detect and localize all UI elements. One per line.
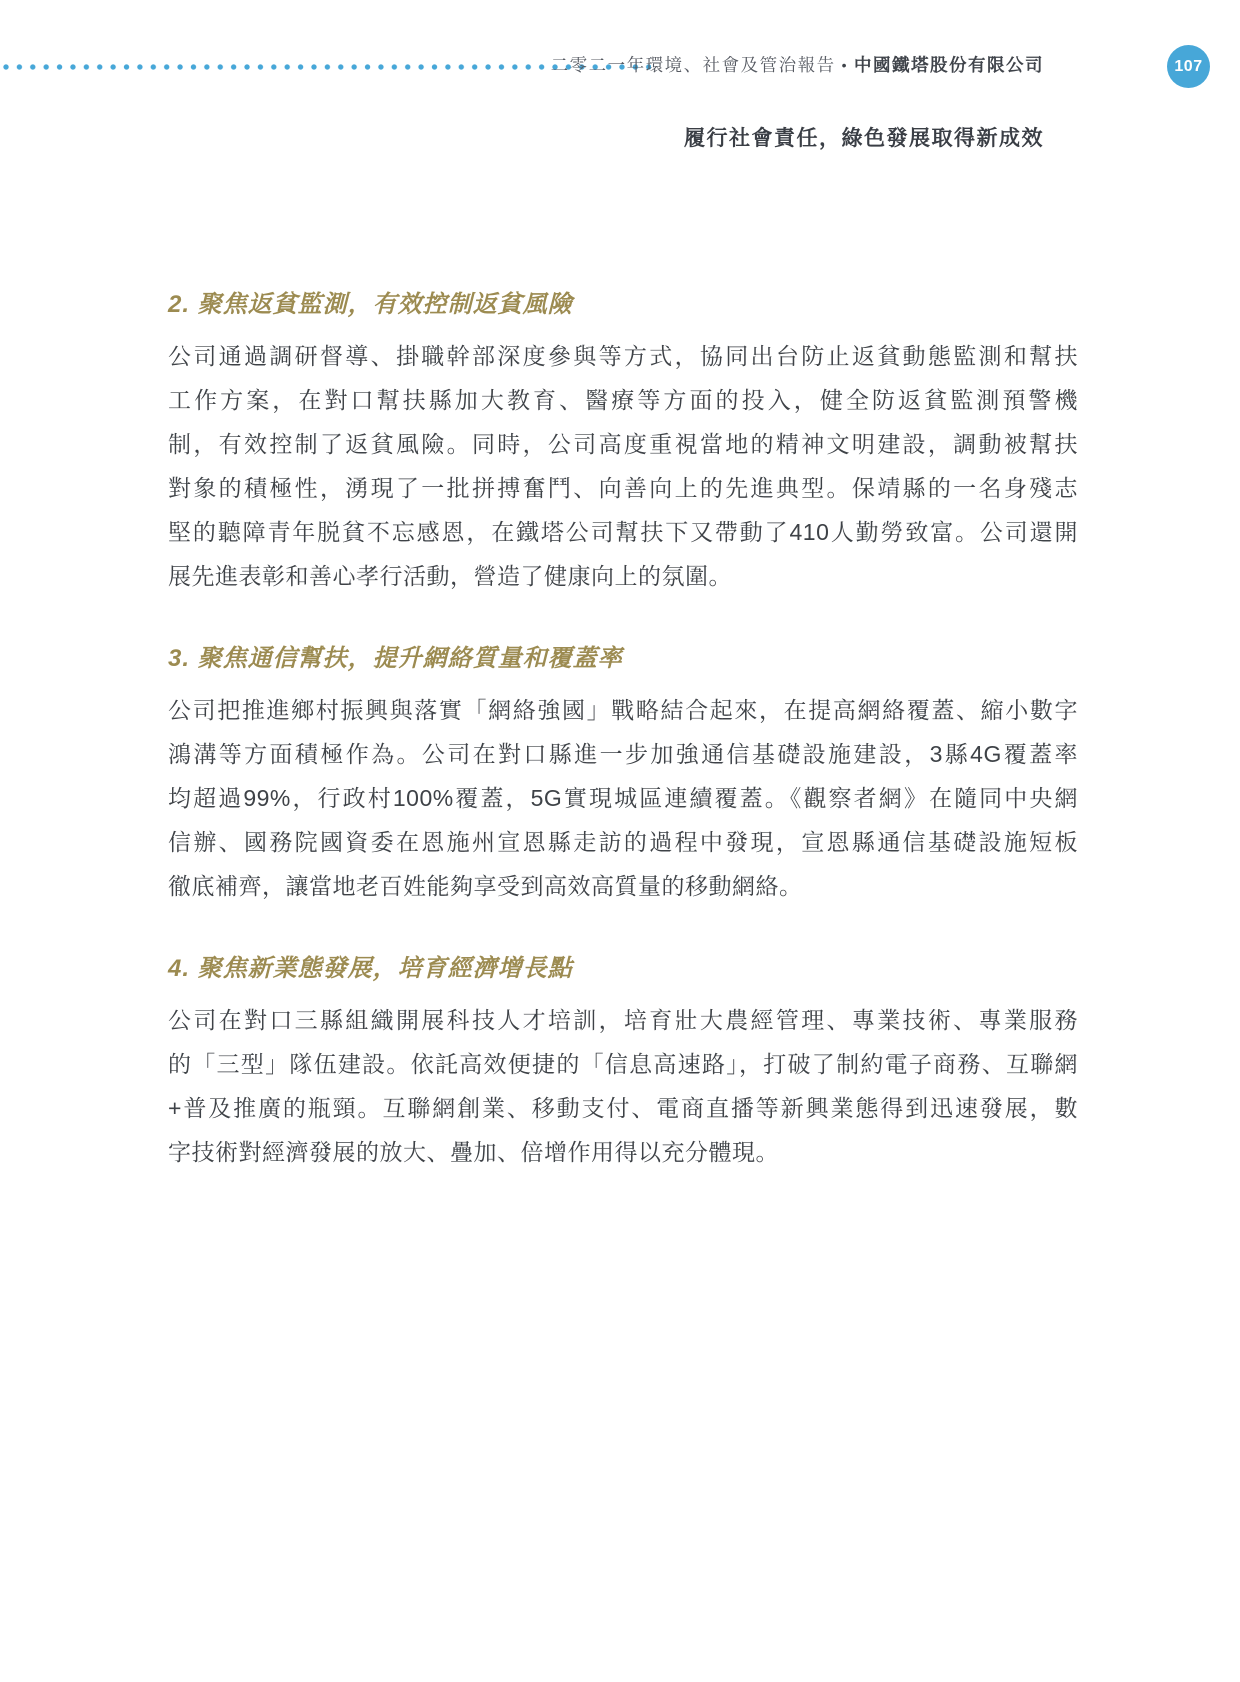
page-header: 二零二一年環境、社會及管治報告•中國鐵塔股份有限公司 (551, 52, 1044, 77)
paragraph-line: +普及推廣的瓶頸。互聯網創業、移動支付、電商直播等新興業態得到迅速發展，數 (168, 1086, 1078, 1130)
section-heading: 4. 聚焦新業態發展，培育經濟增長點 (168, 954, 1078, 984)
section-4: 4. 聚焦新業態發展，培育經濟增長點 公司在對口三縣組織開展科技人才培訓，培育壯… (168, 954, 1078, 1174)
header-separator-bullet: • (836, 57, 854, 73)
paragraph-line: 字技術對經濟發展的放大、疊加、倍增作用得以充分體現。 (168, 1130, 1078, 1174)
paragraph-line: 徹底補齊，讓當地老百姓能夠享受到高效高質量的移動網絡。 (168, 864, 1078, 908)
page-number-badge: 107 (1167, 45, 1210, 88)
paragraph: 公司把推進鄉村振興與落實「網絡強國」戰略結合起來，在提高網絡覆蓋、縮小數字 鴻溝… (168, 688, 1078, 908)
report-page: { "page": { "number": "107", "header_tit… (0, 0, 1240, 1682)
main-content: 2. 聚焦返貧監測，有效控制返貧風險 公司通過調研督導、掛職幹部深度參與等方式，… (168, 290, 1078, 1174)
section-2: 2. 聚焦返貧監測，有效控制返貧風險 公司通過調研督導、掛職幹部深度參與等方式，… (168, 290, 1078, 598)
paragraph: 公司通過調研督導、掛職幹部深度參與等方式，協同出台防止返貧動態監測和幫扶 工作方… (168, 334, 1078, 598)
paragraph-line: 堅的聽障青年脱貧不忘感恩，在鐵塔公司幫扶下又帶動了410人勤勞致富。公司還開 (168, 510, 1078, 554)
paragraph-line: 工作方案，在對口幫扶縣加大教育、醫療等方面的投入，健全防返貧監測預警機 (168, 378, 1078, 422)
section-3: 3. 聚焦通信幫扶，提升網絡質量和覆蓋率 公司把推進鄉村振興與落實「網絡強國」戰… (168, 644, 1078, 908)
paragraph-line: 均超過99%，行政村100%覆蓋，5G實現城區連續覆蓋。《觀察者網》在隨同中央網 (168, 776, 1078, 820)
page-subtitle: 履行社會責任，綠色發展取得新成效 (684, 122, 1044, 152)
paragraph-line: 的「三型」隊伍建設。依託高效便捷的「信息高速路」，打破了制約電子商務、互聯網 (168, 1042, 1078, 1086)
paragraph-line: 信辦、國務院國資委在恩施州宣恩縣走訪的過程中發現，宣恩縣通信基礎設施短板 (168, 820, 1078, 864)
paragraph-line: 公司把推進鄉村振興與落實「網絡強國」戰略結合起來，在提高網絡覆蓋、縮小數字 (168, 688, 1078, 732)
paragraph-line: 公司在對口三縣組織開展科技人才培訓，培育壯大農經管理、專業技術、專業服務 (168, 998, 1078, 1042)
section-heading: 2. 聚焦返貧監測，有效控制返貧風險 (168, 290, 1078, 320)
header-report-title: 二零二一年環境、社會及管治報告 (551, 55, 836, 75)
paragraph-line: 鴻溝等方面積極作為。公司在對口縣進一步加強通信基礎設施建設，3縣4G覆蓋率 (168, 732, 1078, 776)
paragraph-line: 制，有效控制了返貧風險。同時，公司高度重視當地的精神文明建設，調動被幫扶 (168, 422, 1078, 466)
paragraph-line: 公司通過調研督導、掛職幹部深度參與等方式，協同出台防止返貧動態監測和幫扶 (168, 334, 1078, 378)
paragraph-line: 對象的積極性，湧現了一批拼搏奮鬥、向善向上的先進典型。保靖縣的一名身殘志 (168, 466, 1078, 510)
header-company-name: 中國鐵塔股份有限公司 (854, 55, 1044, 75)
paragraph: 公司在對口三縣組織開展科技人才培訓，培育壯大農經管理、專業技術、專業服務 的「三… (168, 998, 1078, 1174)
section-heading: 3. 聚焦通信幫扶，提升網絡質量和覆蓋率 (168, 644, 1078, 674)
paragraph-line: 展先進表彰和善心孝行活動，營造了健康向上的氛圍。 (168, 554, 1078, 598)
